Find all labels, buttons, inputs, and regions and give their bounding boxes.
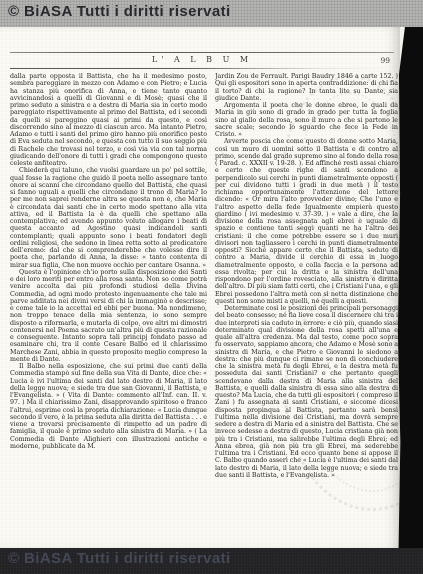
watermark-bottom-band: © BiASA Tutti i diritti riservati [0, 548, 423, 574]
paragraph: Questa è l'opinione ch'io porto sulla di… [10, 269, 207, 363]
paragraph: Determinate così le posizioni dei princi… [215, 305, 398, 479]
watermark-bottom-text: © BiASA Tutti i diritti riservati [0, 548, 423, 567]
text-column-left: dalla parte opposta il Battista, che ha … [10, 73, 207, 545]
header-rule-bottom [10, 68, 394, 69]
watermark-top-band: © BiASA Tutti i diritti riservati [0, 0, 423, 27]
paper-page: L' A L B U M 99 dalla parte opposta il B… [0, 25, 400, 548]
watermark-top-text: © BiASA Tutti i diritti riservati [0, 0, 423, 20]
page-number: 99 [380, 56, 390, 65]
paragraph: Avverte poscia che come questo di donne … [215, 138, 398, 305]
paragraph: dalla parte opposta il Battista, che ha … [10, 73, 207, 167]
header-rule-top [10, 52, 394, 53]
paragraph: Chiederà qui taluno, che vuolsi guardare… [10, 167, 207, 269]
paragraph: Jardin Zou de Ferrault. Parigi Baudry 18… [215, 73, 398, 102]
text-column-right: Jardin Zou de Ferrault. Parigi Baudry 18… [215, 73, 398, 545]
paragraph: Argomenta il poeta che le donne ebree, l… [215, 102, 398, 138]
scan-black-border [396, 25, 423, 574]
scanned-journal-page: © BiASA Tutti i diritti riservati L' A L… [0, 0, 423, 574]
journal-title: L' A L B U M [10, 55, 394, 64]
paragraph: Il Balbo nella esposizione, che sui prim… [10, 363, 207, 450]
running-head: L' A L B U M 99 [10, 55, 394, 67]
